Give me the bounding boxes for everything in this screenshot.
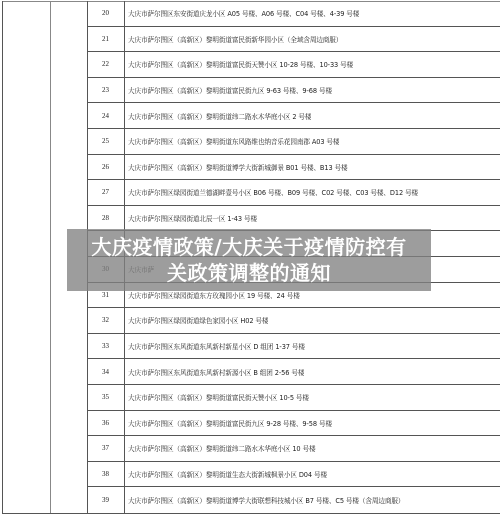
table-row: 36大庆市萨尔图区（高新区）黎明街道富民街九区 9-28 号楼、9-58 号楼 (87, 411, 500, 437)
row-number: 37 (87, 444, 124, 452)
table-row: 37大庆市萨尔图区（高新区）黎明街道纬二路水木华庭小区 10 号楼 (87, 436, 500, 462)
row-number: 39 (87, 496, 124, 504)
row-number: 27 (87, 188, 124, 196)
table-row: 38大庆市萨尔图区（高新区）黎明街道生态大街新城枫景小区 D04 号楼 (87, 462, 500, 488)
row-address: 大庆市萨尔图区（高新区）黎明街道富民街九区 9-63 号楼、9-68 号楼 (124, 85, 332, 95)
row-address: 大庆市萨尔图区东安街道庆龙小区 A05 号楼、A06 号楼、C04 号楼、4-3… (124, 8, 359, 18)
table-left-border (2, 1, 3, 514)
row-number: 33 (87, 342, 124, 350)
row-address: 大庆市萨尔图区（高新区）黎明街道博学大街新城御景 B01 号楼、B13 号楼 (124, 162, 348, 172)
row-number: 24 (87, 112, 124, 120)
row-address: 大庆市萨尔图区（高新区）黎明街道富民街天赞小区 10-28 号楼、10-33 号… (124, 59, 353, 69)
row-address: 大庆市萨尔图区（高新区）黎明街道博学大街联想科技城小区 B7 号楼、C5 号楼（… (124, 495, 404, 505)
table-row: 23大庆市萨尔图区（高新区）黎明街道富民街九区 9-63 号楼、9-68 号楼 (87, 78, 500, 104)
table-row: 28大庆市萨尔图区绿园街道北辰一区 1-43 号楼 (87, 206, 500, 232)
row-number: 22 (87, 60, 124, 68)
table-row: 27大庆市萨尔图区绿园街道兰德湖畔壹号小区 B06 号楼、B09 号楼、C02 … (87, 180, 500, 206)
table-bottom-border (2, 513, 500, 514)
row-address: 大庆市萨尔图区（高新区）黎明街道纬二路水木华庭小区 10 号楼 (124, 443, 316, 453)
row-number: 20 (87, 9, 124, 17)
table-row: 32大庆市萨尔图区绿园街道绿色家园小区 H02 号楼 (87, 308, 500, 334)
row-address: 大庆市萨尔图区东风街道东风新村新源小区 B 组团 2-56 号楼 (124, 367, 304, 377)
overlay-title-line-1: 大庆疫情政策/大庆关于疫情防控有 (91, 234, 406, 260)
row-address: 大庆市萨尔图区（高新区）黎明街道富民街天赞小区 10-5 号楼 (124, 392, 309, 402)
document-page: 20大庆市萨尔图区东安街道庆龙小区 A05 号楼、A06 号楼、C04 号楼、4… (0, 0, 500, 521)
table-row: 22大庆市萨尔图区（高新区）黎明街道富民街天赞小区 10-28 号楼、10-33… (87, 52, 500, 78)
row-number: 25 (87, 137, 124, 145)
overlay-title-line-2: 关政策调整的通知 (167, 260, 331, 286)
row-address: 大庆市萨尔图区（高新区）黎明街道富民街新华园小区（全域含周边商服） (124, 34, 342, 44)
table-row: 21大庆市萨尔图区（高新区）黎明街道富民街新华园小区（全域含周边商服） (87, 27, 500, 53)
row-address: 大庆市萨尔图区（高新区）黎明街道富民街九区 9-28 号楼、9-58 号楼 (124, 418, 332, 428)
row-number: 38 (87, 470, 124, 478)
table-row: 24大庆市萨尔图区（高新区）黎明街道纬二路水木华庭小区 2 号楼 (87, 103, 500, 129)
table-row: 25大庆市萨尔图区（高新区）黎明街道东风路维也纳音乐花园南郡 A03 号楼 (87, 129, 500, 155)
table-row: 20大庆市萨尔图区东安街道庆龙小区 A05 号楼、A06 号楼、C04 号楼、4… (87, 1, 500, 27)
row-number: 28 (87, 214, 124, 222)
row-number: 23 (87, 86, 124, 94)
title-overlay-banner: 大庆疫情政策/大庆关于疫情防控有 关政策调整的通知 (67, 229, 431, 291)
row-number: 31 (87, 291, 124, 299)
column-divider-1 (50, 1, 51, 514)
row-number: 34 (87, 368, 124, 376)
row-address: 大庆市萨尔图区东风街道东风新村新星小区 D 组团 1-37 号楼 (124, 341, 305, 351)
row-number: 32 (87, 316, 124, 324)
row-number: 36 (87, 419, 124, 427)
table-row: 39大庆市萨尔图区（高新区）黎明街道博学大街联想科技城小区 B7 号楼、C5 号… (87, 487, 500, 513)
row-number: 26 (87, 163, 124, 171)
table-row: 35大庆市萨尔图区（高新区）黎明街道富民街天赞小区 10-5 号楼 (87, 385, 500, 411)
row-address: 大庆市萨尔图区绿园街道绿色家园小区 H02 号楼 (124, 315, 268, 325)
table-row: 26大庆市萨尔图区（高新区）黎明街道博学大街新城御景 B01 号楼、B13 号楼 (87, 155, 500, 181)
row-address: 大庆市萨尔图区（高新区）黎明街道东风路维也纳音乐花园南郡 A03 号楼 (124, 136, 339, 146)
row-number: 21 (87, 35, 124, 43)
row-address: 大庆市萨尔图区（高新区）黎明街道生态大街新城枫景小区 D04 号楼 (124, 469, 327, 479)
row-number: 35 (87, 393, 124, 401)
row-address: 大庆市萨尔图区绿园街道兰德湖畔壹号小区 B06 号楼、B09 号楼、C02 号楼… (124, 187, 418, 197)
row-address: 大庆市萨尔图区绿园街道北辰一区 1-43 号楼 (124, 213, 257, 223)
row-address: 大庆市萨尔图区绿园街道东方玫瑰园小区 19 号楼、24 号楼 (124, 290, 300, 300)
table-row: 34大庆市萨尔图区东风街道东风新村新源小区 B 组团 2-56 号楼 (87, 359, 500, 385)
row-address: 大庆市萨尔图区（高新区）黎明街道纬二路水木华庭小区 2 号楼 (124, 111, 311, 121)
table-row: 33大庆市萨尔图区东风街道东风新村新星小区 D 组团 1-37 号楼 (87, 334, 500, 360)
